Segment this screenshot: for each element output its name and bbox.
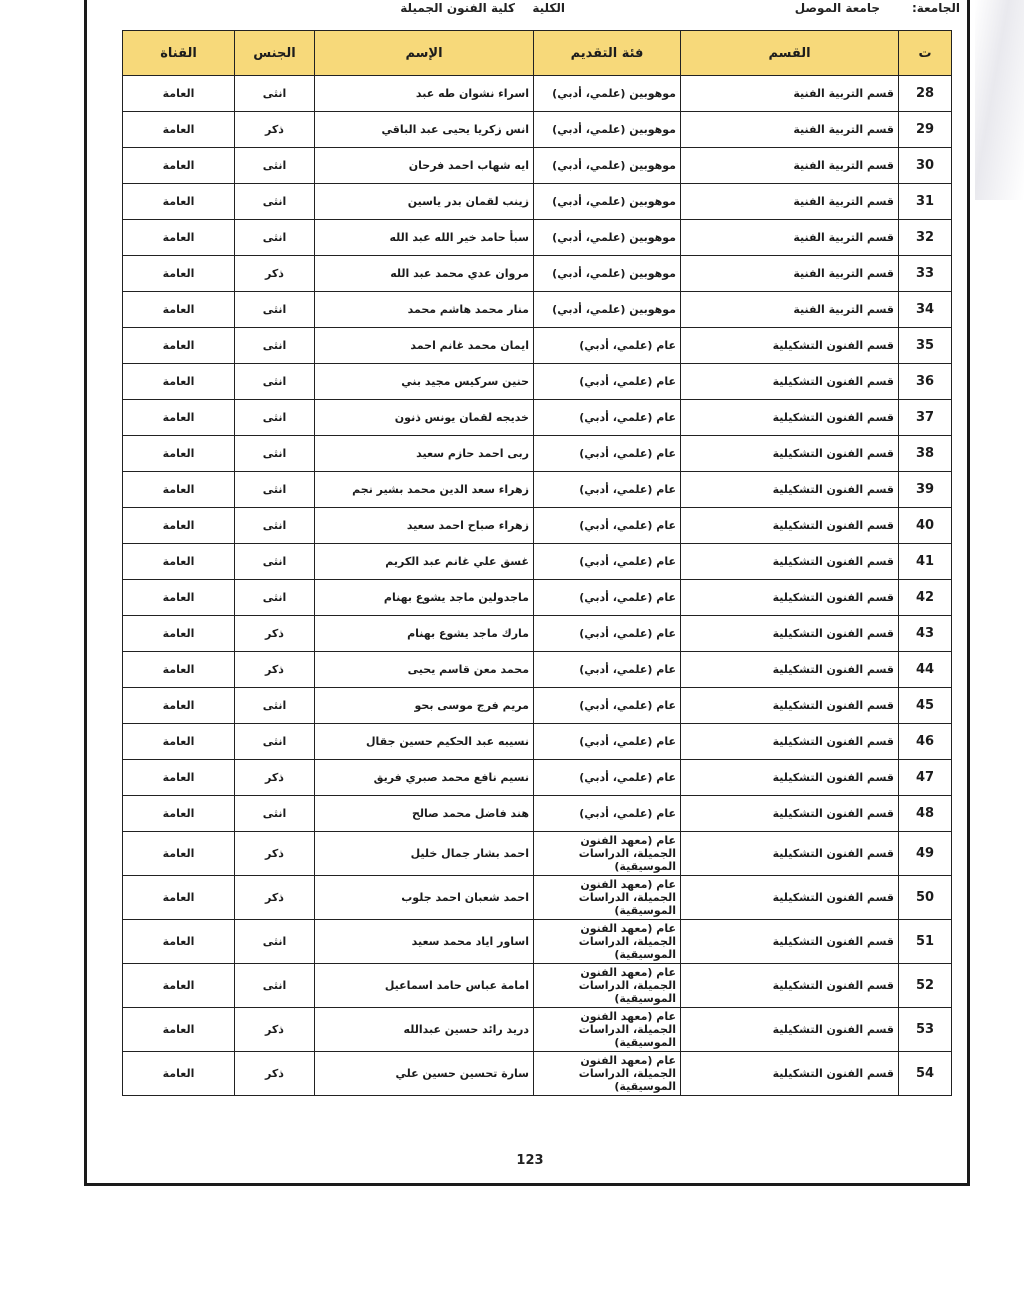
row-gender: ذكر	[235, 112, 315, 148]
row-gender: ذكر	[235, 1008, 315, 1052]
row-department: قسم الفنون التشكيلية	[681, 400, 899, 436]
row-gender: انثى	[235, 328, 315, 364]
row-channel: العامة	[123, 652, 235, 688]
row-category: موهوبين (علمي، أدبي)	[534, 256, 681, 292]
row-department: قسم الفنون التشكيلية	[681, 964, 899, 1008]
row-index: 46	[899, 724, 952, 760]
row-category: عام (علمي، أدبي)	[534, 544, 681, 580]
row-name: زينب لقمان بدر ياسين	[315, 184, 534, 220]
row-gender: انثى	[235, 400, 315, 436]
row-category: عام (علمي، أدبي)	[534, 616, 681, 652]
row-category: عام (معهد الفنون الجميلة، الدراسات الموس…	[534, 964, 681, 1008]
table-body: 28قسم التربية الفنيةموهوبين (علمي، أدبي)…	[123, 76, 952, 1096]
page-edge-shadow	[975, 0, 1024, 200]
row-name: نسيم نافع محمد صبري فريق	[315, 760, 534, 796]
row-department: قسم الفنون التشكيلية	[681, 364, 899, 400]
row-gender: ذكر	[235, 256, 315, 292]
row-category: عام (علمي، أدبي)	[534, 760, 681, 796]
table-row: 32قسم التربية الفنيةموهوبين (علمي، أدبي)…	[123, 220, 952, 256]
row-gender: انثى	[235, 580, 315, 616]
row-department: قسم التربية الفنية	[681, 256, 899, 292]
row-index: 54	[899, 1052, 952, 1096]
column-header-channel: القناة	[123, 31, 235, 76]
row-channel: العامة	[123, 724, 235, 760]
row-name: احمد شعبان احمد جلوب	[315, 876, 534, 920]
row-index: 47	[899, 760, 952, 796]
table-row: 45قسم الفنون التشكيليةعام (علمي، أدبي)مر…	[123, 688, 952, 724]
table-row: 50قسم الفنون التشكيليةعام (معهد الفنون ا…	[123, 876, 952, 920]
row-channel: العامة	[123, 580, 235, 616]
college-label: الكلية	[532, 1, 565, 15]
row-index: 43	[899, 616, 952, 652]
row-gender: ذكر	[235, 876, 315, 920]
row-department: قسم الفنون التشكيلية	[681, 1052, 899, 1096]
table-row: 48قسم الفنون التشكيليةعام (علمي، أدبي)هن…	[123, 796, 952, 832]
row-name: ماجدولين ماجد يشوع بهنام	[315, 580, 534, 616]
row-channel: العامة	[123, 920, 235, 964]
row-department: قسم الفنون التشكيلية	[681, 724, 899, 760]
row-index: 30	[899, 148, 952, 184]
row-channel: العامة	[123, 1052, 235, 1096]
row-name: مريم فرج موسى بحو	[315, 688, 534, 724]
row-gender: انثى	[235, 544, 315, 580]
row-channel: العامة	[123, 400, 235, 436]
row-department: قسم الفنون التشكيلية	[681, 544, 899, 580]
row-index: 44	[899, 652, 952, 688]
college-value: كلية الفنون الجميلة	[400, 1, 515, 15]
row-department: قسم التربية الفنية	[681, 112, 899, 148]
row-category: عام (معهد الفنون الجميلة، الدراسات الموس…	[534, 1008, 681, 1052]
row-channel: العامة	[123, 184, 235, 220]
row-channel: العامة	[123, 292, 235, 328]
column-header-index: ت	[899, 31, 952, 76]
row-index: 53	[899, 1008, 952, 1052]
table-row: 46قسم الفنون التشكيليةعام (علمي، أدبي)نس…	[123, 724, 952, 760]
row-department: قسم الفنون التشكيلية	[681, 688, 899, 724]
row-index: 31	[899, 184, 952, 220]
column-header-name: الإسم	[315, 31, 534, 76]
row-gender: ذكر	[235, 616, 315, 652]
students-table: ت القسم فئة التقديم الإسم الجنس القناة 2…	[122, 30, 952, 1096]
row-category: عام (علمي، أدبي)	[534, 508, 681, 544]
row-index: 50	[899, 876, 952, 920]
table-row: 53قسم الفنون التشكيليةعام (معهد الفنون ا…	[123, 1008, 952, 1052]
row-channel: العامة	[123, 220, 235, 256]
table-row: 44قسم الفنون التشكيليةعام (علمي، أدبي)مح…	[123, 652, 952, 688]
row-department: قسم الفنون التشكيلية	[681, 328, 899, 364]
row-name: ربى احمد حازم سعيد	[315, 436, 534, 472]
document-header: الجامعة: جامعة الموصل الكلية كلية الفنون…	[120, 0, 960, 20]
table-row: 54قسم الفنون التشكيليةعام (معهد الفنون ا…	[123, 1052, 952, 1096]
table-row: 49قسم الفنون التشكيليةعام (معهد الفنون ا…	[123, 832, 952, 876]
table-row: 39قسم الفنون التشكيليةعام (علمي، أدبي)زه…	[123, 472, 952, 508]
row-name: مروان عدي محمد عبد الله	[315, 256, 534, 292]
row-gender: انثى	[235, 508, 315, 544]
row-category: عام (علمي، أدبي)	[534, 688, 681, 724]
row-name: دريد رائد حسين عبدالله	[315, 1008, 534, 1052]
row-department: قسم الفنون التشكيلية	[681, 796, 899, 832]
row-name: زهراء سعد الدين محمد بشير نجم	[315, 472, 534, 508]
row-name: انس زكريا يحيى عبد الباقي	[315, 112, 534, 148]
row-category: عام (معهد الفنون الجميلة، الدراسات الموس…	[534, 920, 681, 964]
row-index: 45	[899, 688, 952, 724]
row-name: ايمان محمد غانم احمد	[315, 328, 534, 364]
row-name: اساور اياد محمد سعيد	[315, 920, 534, 964]
row-index: 39	[899, 472, 952, 508]
table-row: 35قسم الفنون التشكيليةعام (علمي، أدبي)اي…	[123, 328, 952, 364]
row-name: زهراء صباح احمد سعيد	[315, 508, 534, 544]
table-row: 36قسم الفنون التشكيليةعام (علمي، أدبي)حن…	[123, 364, 952, 400]
row-channel: العامة	[123, 472, 235, 508]
university-value: جامعة الموصل	[795, 1, 880, 15]
row-name: مارك ماجد يشوع بهنام	[315, 616, 534, 652]
row-category: عام (علمي، أدبي)	[534, 796, 681, 832]
row-gender: انثى	[235, 796, 315, 832]
row-index: 36	[899, 364, 952, 400]
row-department: قسم التربية الفنية	[681, 220, 899, 256]
row-gender: انثى	[235, 220, 315, 256]
row-department: قسم التربية الفنية	[681, 292, 899, 328]
row-category: عام (معهد الفنون الجميلة، الدراسات الموس…	[534, 832, 681, 876]
row-channel: العامة	[123, 876, 235, 920]
column-header-category: فئة التقديم	[534, 31, 681, 76]
row-channel: العامة	[123, 832, 235, 876]
row-index: 29	[899, 112, 952, 148]
row-gender: انثى	[235, 964, 315, 1008]
row-name: حنين سركيس مجيد بني	[315, 364, 534, 400]
row-category: عام (علمي، أدبي)	[534, 400, 681, 436]
column-header-department: القسم	[681, 31, 899, 76]
row-name: سبأ حامد خير الله عبد الله	[315, 220, 534, 256]
row-name: امامة عباس حامد اسماعيل	[315, 964, 534, 1008]
row-category: موهوبين (علمي، أدبي)	[534, 112, 681, 148]
table-header-row: ت القسم فئة التقديم الإسم الجنس القناة	[123, 31, 952, 76]
row-gender: انثى	[235, 688, 315, 724]
row-index: 42	[899, 580, 952, 616]
row-department: قسم الفنون التشكيلية	[681, 652, 899, 688]
row-channel: العامة	[123, 112, 235, 148]
row-channel: العامة	[123, 436, 235, 472]
row-channel: العامة	[123, 364, 235, 400]
row-gender: انثى	[235, 436, 315, 472]
row-channel: العامة	[123, 148, 235, 184]
row-gender: ذكر	[235, 760, 315, 796]
row-channel: العامة	[123, 256, 235, 292]
row-name: منار محمد هاشم محمد	[315, 292, 534, 328]
row-gender: انثى	[235, 920, 315, 964]
table-row: 33قسم التربية الفنيةموهوبين (علمي، أدبي)…	[123, 256, 952, 292]
row-category: عام (علمي، أدبي)	[534, 364, 681, 400]
row-category: موهوبين (علمي، أدبي)	[534, 220, 681, 256]
row-gender: ذكر	[235, 652, 315, 688]
row-category: عام (علمي، أدبي)	[534, 652, 681, 688]
table-row: 51قسم الفنون التشكيليةعام (معهد الفنون ا…	[123, 920, 952, 964]
row-gender: انثى	[235, 724, 315, 760]
row-index: 37	[899, 400, 952, 436]
table-row: 38قسم الفنون التشكيليةعام (علمي، أدبي)رب…	[123, 436, 952, 472]
row-name: اسراء نشوان طه عبد	[315, 76, 534, 112]
row-category: موهوبين (علمي، أدبي)	[534, 148, 681, 184]
row-category: عام (علمي، أدبي)	[534, 580, 681, 616]
row-department: قسم التربية الفنية	[681, 76, 899, 112]
row-department: قسم الفنون التشكيلية	[681, 508, 899, 544]
row-channel: العامة	[123, 1008, 235, 1052]
row-index: 49	[899, 832, 952, 876]
row-channel: العامة	[123, 688, 235, 724]
row-department: قسم الفنون التشكيلية	[681, 616, 899, 652]
row-department: قسم الفنون التشكيلية	[681, 472, 899, 508]
row-index: 32	[899, 220, 952, 256]
row-category: عام (علمي، أدبي)	[534, 472, 681, 508]
row-category: موهوبين (علمي، أدبي)	[534, 76, 681, 112]
row-department: قسم الفنون التشكيلية	[681, 760, 899, 796]
page-number: 123	[0, 1153, 1024, 1168]
row-department: قسم الفنون التشكيلية	[681, 876, 899, 920]
row-channel: العامة	[123, 964, 235, 1008]
table-row: 42قسم الفنون التشكيليةعام (علمي، أدبي)ما…	[123, 580, 952, 616]
row-category: عام (معهد الفنون الجميلة، الدراسات الموس…	[534, 1052, 681, 1096]
row-category: عام (علمي، أدبي)	[534, 436, 681, 472]
row-category: عام (معهد الفنون الجميلة، الدراسات الموس…	[534, 876, 681, 920]
row-index: 40	[899, 508, 952, 544]
row-channel: العامة	[123, 544, 235, 580]
row-department: قسم الفنون التشكيلية	[681, 436, 899, 472]
row-gender: انثى	[235, 184, 315, 220]
row-department: قسم التربية الفنية	[681, 148, 899, 184]
row-name: محمد معن قاسم يحيى	[315, 652, 534, 688]
row-index: 34	[899, 292, 952, 328]
row-name: غسق علي غانم عبد الكريم	[315, 544, 534, 580]
row-gender: انثى	[235, 76, 315, 112]
row-channel: العامة	[123, 76, 235, 112]
row-name: نسيبه عبد الحكيم حسين جقال	[315, 724, 534, 760]
university-label: الجامعة:	[912, 1, 960, 15]
row-gender: انثى	[235, 472, 315, 508]
table-row: 28قسم التربية الفنيةموهوبين (علمي، أدبي)…	[123, 76, 952, 112]
row-name: ايه شهاب احمد فرحان	[315, 148, 534, 184]
row-department: قسم التربية الفنية	[681, 184, 899, 220]
table-row: 30قسم التربية الفنيةموهوبين (علمي، أدبي)…	[123, 148, 952, 184]
row-channel: العامة	[123, 616, 235, 652]
column-header-gender: الجنس	[235, 31, 315, 76]
row-category: عام (علمي، أدبي)	[534, 328, 681, 364]
table-row: 31قسم التربية الفنيةموهوبين (علمي، أدبي)…	[123, 184, 952, 220]
row-name: هند فاضل محمد صالح	[315, 796, 534, 832]
row-index: 28	[899, 76, 952, 112]
row-index: 52	[899, 964, 952, 1008]
row-channel: العامة	[123, 328, 235, 364]
row-index: 38	[899, 436, 952, 472]
row-name: خديجه لقمان يونس ذنون	[315, 400, 534, 436]
table-row: 34قسم التربية الفنيةموهوبين (علمي، أدبي)…	[123, 292, 952, 328]
row-name: سارة تحسين حسين علي	[315, 1052, 534, 1096]
row-gender: انثى	[235, 364, 315, 400]
row-department: قسم الفنون التشكيلية	[681, 832, 899, 876]
row-gender: ذكر	[235, 1052, 315, 1096]
table-row: 29قسم التربية الفنيةموهوبين (علمي، أدبي)…	[123, 112, 952, 148]
row-department: قسم الفنون التشكيلية	[681, 1008, 899, 1052]
table-row: 37قسم الفنون التشكيليةعام (علمي، أدبي)خد…	[123, 400, 952, 436]
row-channel: العامة	[123, 796, 235, 832]
row-index: 51	[899, 920, 952, 964]
row-channel: العامة	[123, 508, 235, 544]
row-index: 33	[899, 256, 952, 292]
row-category: عام (علمي، أدبي)	[534, 724, 681, 760]
row-category: موهوبين (علمي، أدبي)	[534, 292, 681, 328]
table-row: 41قسم الفنون التشكيليةعام (علمي، أدبي)غس…	[123, 544, 952, 580]
row-department: قسم الفنون التشكيلية	[681, 580, 899, 616]
row-index: 48	[899, 796, 952, 832]
row-gender: ذكر	[235, 832, 315, 876]
row-department: قسم الفنون التشكيلية	[681, 920, 899, 964]
row-channel: العامة	[123, 760, 235, 796]
row-name: احمد بشار جمال خليل	[315, 832, 534, 876]
row-category: موهوبين (علمي، أدبي)	[534, 184, 681, 220]
row-gender: انثى	[235, 292, 315, 328]
table-row: 43قسم الفنون التشكيليةعام (علمي، أدبي)ما…	[123, 616, 952, 652]
row-index: 35	[899, 328, 952, 364]
row-gender: انثى	[235, 148, 315, 184]
table-row: 47قسم الفنون التشكيليةعام (علمي، أدبي)نس…	[123, 760, 952, 796]
row-index: 41	[899, 544, 952, 580]
table-row: 40قسم الفنون التشكيليةعام (علمي، أدبي)زه…	[123, 508, 952, 544]
table-row: 52قسم الفنون التشكيليةعام (معهد الفنون ا…	[123, 964, 952, 1008]
